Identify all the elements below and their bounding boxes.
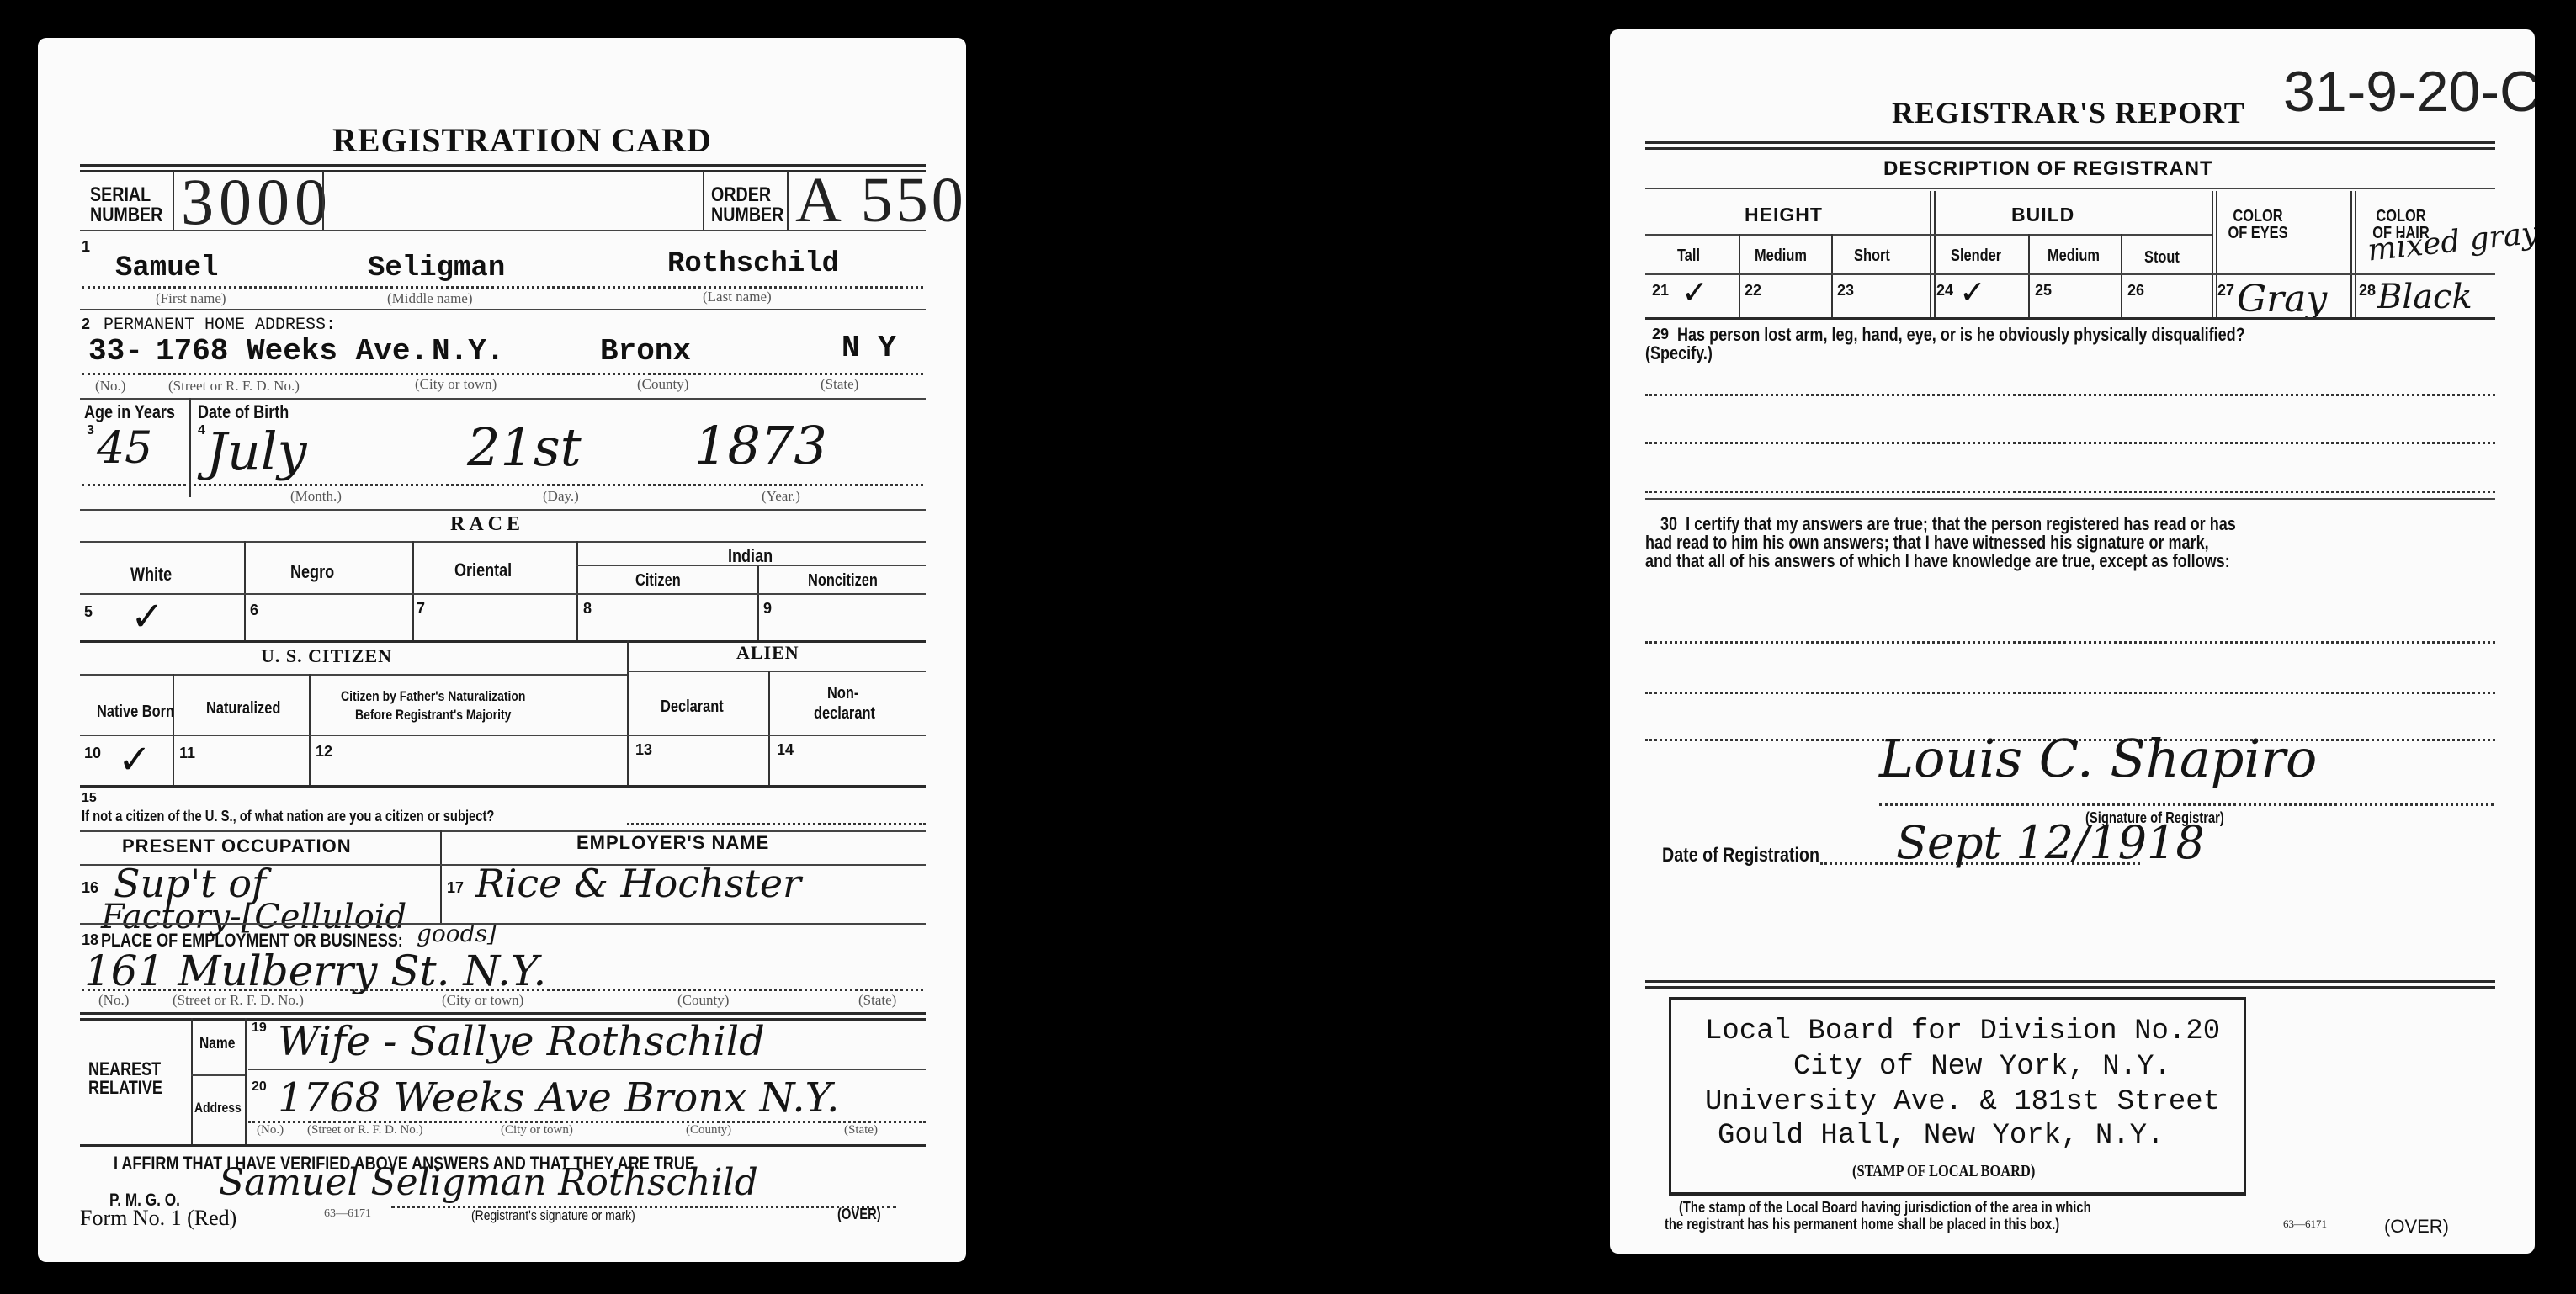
- divider: [2350, 191, 2352, 317]
- height-title: HEIGHT: [1745, 204, 1823, 226]
- nearest-relative-label: NEAREST RELATIVE: [88, 1060, 162, 1097]
- field-number: 22: [1745, 282, 1761, 300]
- q29-specify: (Specify.): [1645, 342, 1713, 364]
- divider: [1739, 234, 1740, 317]
- registrars-report-card: REGISTRAR'S REPORT 31-9-20-C DESCRIPTION…: [1610, 29, 2535, 1254]
- field-number: 19: [252, 1021, 267, 1036]
- race-col-white: White: [130, 564, 172, 586]
- height-col-tall: Tall: [1677, 247, 1700, 266]
- nearest-relative-line2: RELATIVE: [88, 1079, 162, 1097]
- dotted-line: [82, 286, 923, 289]
- citizen-col-father: Citizen by Father's Naturalization: [341, 688, 525, 705]
- stamp-note-2: the registrant has his permanent home sh…: [1665, 1216, 2059, 1233]
- relative-name: Wife - Sallye Rothschild: [278, 1018, 765, 1065]
- divider: [703, 171, 704, 230]
- divider: [627, 640, 629, 785]
- field-caption: (Street or R. F. D. No.): [168, 378, 300, 395]
- field-caption: (State): [844, 1123, 878, 1138]
- divider: [1645, 234, 2212, 236]
- field-number: 20: [252, 1079, 267, 1095]
- height-col-short: Short: [1854, 247, 1890, 266]
- divider: [627, 671, 926, 672]
- field-number: 5: [84, 603, 93, 621]
- employer-name: Rice & Hochster: [475, 861, 801, 906]
- field-caption: (Day.): [543, 488, 579, 505]
- race-col-indian-citizen: Citizen: [635, 571, 681, 591]
- address-number: 33-: [88, 334, 143, 369]
- local-board-stamp-box: Local Board for Division No.20 City of N…: [1669, 997, 2246, 1196]
- divider: [2121, 234, 2122, 317]
- citizen-col-naturalized: Naturalized: [206, 699, 280, 719]
- field-number: 15: [82, 791, 97, 806]
- tall-checkbox[interactable]: ✓: [1681, 273, 1708, 310]
- field-number: 23: [1837, 282, 1854, 300]
- divider: [80, 309, 926, 310]
- dotted-line: [82, 989, 923, 991]
- stamp-line2: City of New York, N.Y.: [1793, 1051, 2171, 1083]
- dotted-line: [82, 484, 923, 486]
- race-col-indian: Indian: [728, 545, 773, 567]
- divider: [244, 541, 246, 640]
- q30-line3: and that all of his answers of which I h…: [1645, 550, 2230, 572]
- race-col-oriental: Oriental: [454, 559, 512, 581]
- field-number: 3: [87, 423, 94, 438]
- over-label: (OVER): [837, 1206, 881, 1223]
- dotted-line: [1645, 692, 2495, 694]
- divider: [768, 671, 770, 785]
- report-title: REGISTRAR'S REPORT: [1892, 95, 2245, 130]
- divider: [787, 171, 789, 230]
- field-caption: (Year.): [762, 488, 800, 505]
- divider: [173, 171, 174, 230]
- field-number: 27: [2217, 282, 2234, 300]
- build-col-medium: Medium: [2048, 247, 2100, 266]
- field-number: 6: [250, 602, 258, 619]
- stamp-line1: Local Board for Division No.20: [1705, 1016, 2220, 1047]
- divider: [80, 509, 926, 511]
- dotted-line: [391, 1206, 896, 1208]
- field-caption: (Last name): [703, 289, 772, 305]
- alien-col-nondeclarant: Non-: [827, 684, 858, 703]
- field-number: 24: [1936, 282, 1953, 300]
- stamp-note-1: (The stamp of the Local Board having jur…: [1679, 1199, 2091, 1217]
- divider: [1645, 188, 2495, 189]
- height-col-medium: Medium: [1755, 247, 1807, 266]
- divider: [412, 541, 414, 640]
- field-number: 12: [316, 743, 332, 761]
- divider: [80, 785, 926, 788]
- race-col-negro: Negro: [290, 561, 334, 583]
- dob-year: 1873: [694, 415, 827, 476]
- registration-card: REGISTRATION CARD SERIAL NUMBER 3000 ORD…: [38, 38, 966, 1262]
- field-number: 4: [198, 423, 205, 438]
- divider: [1645, 498, 2495, 500]
- field-number: 13: [635, 741, 652, 759]
- dob-day: 21st: [467, 416, 582, 478]
- form-number: Form No. 1 (Red): [80, 1206, 236, 1231]
- serial-number: 3000: [181, 164, 332, 240]
- registrant-signature: Samuel Seligman Rothschild: [219, 1161, 758, 1204]
- divider: [1645, 980, 2495, 983]
- dotted-line: [1645, 394, 2495, 396]
- field-number: 14: [777, 741, 794, 759]
- field-caption: (State): [858, 992, 896, 1009]
- divider: [80, 1012, 926, 1015]
- field-number: 21: [1652, 282, 1669, 300]
- serial-label-line2: NUMBER: [90, 205, 162, 225]
- race-white-checkbox[interactable]: ✓: [130, 593, 164, 640]
- field-number: 25: [2035, 282, 2052, 300]
- eye-color: Gray: [2237, 278, 2327, 321]
- field-caption: (No.): [98, 992, 129, 1009]
- employer-header: EMPLOYER'S NAME: [576, 832, 769, 854]
- race-col-indian-noncitizen: Noncitizen: [808, 571, 878, 591]
- race-title: RACE: [450, 513, 524, 536]
- field-caption: (County): [637, 376, 688, 393]
- middle-name: Seligman: [368, 252, 505, 284]
- q15-text: If not a citizen of the U. S., of what n…: [82, 808, 494, 825]
- registration-date: Sept 12/1918: [1896, 816, 2205, 869]
- dob-month: July: [206, 421, 307, 482]
- address-county: Bronx: [600, 334, 691, 369]
- citizen-col-father-2: Before Registrant's Majority: [355, 707, 511, 724]
- field-caption: (County): [677, 992, 729, 1009]
- divider: [309, 674, 311, 785]
- card-title: REGISTRATION CARD: [332, 120, 712, 160]
- field-caption: (City or town): [501, 1123, 573, 1138]
- eyes-title-1: COLOR: [2217, 208, 2299, 225]
- field-caption: (No.): [257, 1123, 284, 1138]
- divider: [757, 566, 759, 640]
- address-street: 1768 Weeks Ave.: [156, 334, 428, 369]
- serial-label-line1: SERIAL: [90, 185, 162, 205]
- divider: [1831, 234, 1833, 317]
- dotted-line: [1645, 641, 2495, 644]
- field-number: 29: [1652, 326, 1669, 343]
- hair-color: Black: [2377, 278, 2472, 316]
- age-label: Age in Years: [84, 401, 175, 423]
- hair-title-1: COLOR: [2360, 208, 2442, 225]
- relative-name-label: Name: [199, 1035, 235, 1053]
- dotted-line: [1645, 491, 2495, 493]
- last-name: Rothschild: [667, 248, 839, 280]
- age-value: 45: [97, 423, 152, 474]
- field-number: 26: [2127, 282, 2144, 300]
- field-number: 10: [84, 745, 101, 762]
- divider: [191, 1018, 193, 1144]
- field-number: 2: [82, 316, 90, 333]
- form-code: 63—6171: [324, 1207, 371, 1221]
- citizen-col-native: Native Born: [97, 703, 174, 722]
- slender-checkbox[interactable]: ✓: [1959, 273, 1986, 310]
- field-caption: (No.): [95, 378, 125, 395]
- field-number: 7: [417, 600, 425, 618]
- date-label: Date of Registration: [1662, 844, 1819, 867]
- dotted-line: [1879, 803, 2494, 806]
- order-label: ORDER NUMBER: [711, 185, 783, 225]
- alien-title: ALIEN: [736, 642, 799, 664]
- divider: [1645, 141, 2495, 144]
- divider: [245, 1018, 247, 1144]
- alien-col-nondeclarant-2: declarant: [814, 704, 875, 724]
- build-col-slender: Slender: [1951, 247, 2001, 266]
- order-number: A 550: [795, 164, 966, 237]
- field-number: 1: [82, 238, 90, 256]
- field-number: 17: [447, 879, 464, 897]
- stamp-caption: (STAMP OF LOCAL BOARD): [1852, 1162, 2035, 1181]
- over-label: (OVER): [2384, 1216, 2449, 1238]
- divider: [322, 171, 324, 230]
- divider: [80, 541, 926, 543]
- field-caption: (State): [821, 376, 858, 393]
- divider: [2028, 234, 2030, 317]
- divider: [248, 1069, 926, 1070]
- field-caption: (Street or R. F. D. No.): [307, 1123, 423, 1138]
- divider: [80, 230, 926, 231]
- field-caption: (Street or R. F. D. No.): [173, 992, 304, 1009]
- dotted-line: [627, 823, 926, 825]
- divider: [1645, 273, 2495, 275]
- first-name: Samuel: [115, 252, 218, 284]
- order-label-line2: NUMBER: [711, 205, 783, 225]
- stamp-line3: University Ave. & 181st Street: [1705, 1086, 2220, 1118]
- nearest-relative-line1: NEAREST: [88, 1060, 162, 1079]
- field-number: 8: [583, 600, 592, 618]
- field-caption: (City or town): [415, 376, 497, 393]
- build-col-stout: Stout: [2144, 248, 2180, 268]
- relative-address: 1768 Weeks Ave Bronx N.Y.: [278, 1074, 839, 1122]
- divider: [80, 923, 926, 925]
- address-label: PERMANENT HOME ADDRESS:: [104, 316, 336, 335]
- divider: [80, 593, 926, 595]
- description-title: DESCRIPTION OF REGISTRANT: [1883, 157, 2213, 181]
- field-caption: (Middle name): [387, 290, 473, 307]
- divider: [576, 541, 578, 640]
- address-state: N Y: [842, 331, 896, 365]
- registrar-signature: Louis C. Shapiro: [1879, 728, 2317, 789]
- field-number: 11: [179, 745, 195, 762]
- form-code: 63—6171: [2283, 1217, 2327, 1231]
- address-city: N.Y.: [432, 334, 504, 369]
- field-number: 16: [82, 879, 98, 897]
- field-caption: (Month.): [290, 488, 342, 505]
- field-number: 9: [763, 600, 772, 618]
- build-title: BUILD: [2011, 204, 2074, 226]
- native-born-checkbox[interactable]: ✓: [118, 736, 151, 783]
- divider: [191, 1074, 245, 1076]
- divider: [440, 830, 442, 923]
- dotted-line: [1645, 442, 2495, 444]
- alien-col-declarant: Declarant: [661, 697, 724, 717]
- occupation-header: PRESENT OCCUPATION: [122, 835, 352, 857]
- divider: [1645, 317, 2495, 320]
- eyes-title: COLOR OF EYES: [2217, 208, 2299, 241]
- registration-stamp-number: 31-9-20-C: [2283, 59, 2535, 125]
- stamp-line4: Gould Hall, New York, N.Y.: [1718, 1120, 2164, 1152]
- divider: [2212, 191, 2213, 317]
- divider: [80, 674, 627, 676]
- serial-label: SERIAL NUMBER: [90, 185, 162, 225]
- divider: [80, 735, 926, 736]
- signature-caption: (Registrant's signature or mark): [471, 1207, 635, 1224]
- divider: [80, 830, 926, 832]
- divider: [189, 398, 191, 497]
- divider: [173, 674, 174, 785]
- field-caption: (City or town): [442, 992, 523, 1009]
- q29-text: Has person lost arm, leg, hand, eye, or …: [1677, 324, 2245, 346]
- eyes-title-2: OF EYES: [2217, 225, 2299, 241]
- dotted-line: [1820, 862, 2140, 865]
- citizen-title: U. S. CITIZEN: [261, 645, 392, 667]
- relative-address-label: Address: [194, 1100, 242, 1116]
- divider: [1930, 191, 1931, 317]
- divider: [80, 1144, 926, 1147]
- order-label-line1: ORDER: [711, 185, 783, 205]
- divider: [80, 398, 926, 400]
- field-caption: (County): [686, 1123, 731, 1138]
- field-number: 28: [2359, 282, 2376, 300]
- dotted-line: [82, 373, 923, 375]
- field-caption: (First name): [156, 290, 226, 307]
